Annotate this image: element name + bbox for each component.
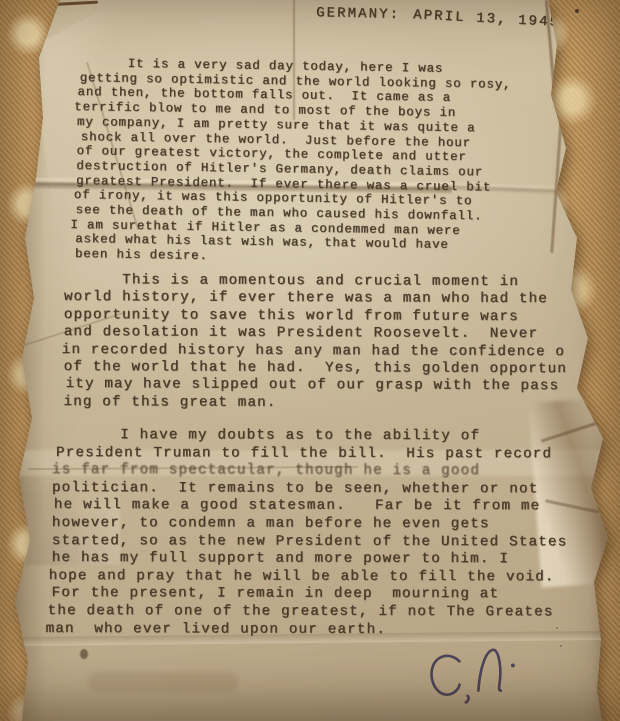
paragraph-1: It is a very sad day today, here I wasge… <box>75 56 512 269</box>
typed-line: he has my full support and more power to… <box>52 550 568 569</box>
faint-smudge <box>88 672 238 692</box>
signature: C.A. <box>420 634 544 719</box>
dateline-location: GERMANY: <box>316 5 400 23</box>
paper-speck <box>560 645 562 647</box>
typed-line: I have my doubts as to the ability of <box>52 427 568 446</box>
typed-line: in recorded history has any man had the … <box>62 342 567 362</box>
typed-line: world history, if ever there was a man w… <box>64 289 567 309</box>
letter-paper: GERMANY: APRIL 13, 1945 It is a very sad… <box>0 0 620 721</box>
typed-line: however, to condemn a man before he even… <box>52 515 568 534</box>
typed-line: ing of this great man. <box>63 394 566 414</box>
paper-edge-shadow-right <box>590 0 620 721</box>
paper-torn-edge <box>550 88 565 253</box>
fabric-speck <box>575 9 579 13</box>
signature-handwriting-icon <box>420 634 544 719</box>
dateline-date: APRIL 13, 1945 <box>413 7 561 31</box>
paragraph-3: I have my doubts as to the ability ofPre… <box>51 427 567 639</box>
typed-line: politician. It remains to be seen, wheth… <box>52 480 568 499</box>
paper-speck <box>556 627 558 629</box>
typed-line: hope and pray that he will be able to fi… <box>49 568 568 587</box>
paragraph-2: This is a momentous and crucial moment i… <box>63 272 567 413</box>
typed-line: For the present, I remain in deep mourni… <box>52 585 568 604</box>
paper-speck <box>28 279 31 282</box>
ink-smudge <box>80 649 88 659</box>
typed-line: and desolation it was President Roosevel… <box>64 324 567 344</box>
typed-line: ity may have slipped out of our grasp wi… <box>65 376 566 396</box>
letter-photograph: GERMANY: APRIL 13, 1945 It is a very sad… <box>0 0 620 721</box>
typed-line: the death of one of the greatest, if not… <box>47 603 567 622</box>
typed-line: man who ever lived upon our earth. <box>45 621 567 640</box>
paper-tear <box>46 1 98 7</box>
typed-line: President Truman to fill the bill. His p… <box>56 445 568 464</box>
typed-line: he will make a good statesman. Far be it… <box>54 497 568 516</box>
paper-shadow: GERMANY: APRIL 13, 1945 It is a very sad… <box>0 0 620 721</box>
typed-line: started, so as the new President of the … <box>52 533 568 552</box>
typed-line: is far from spectacular, though he is a … <box>52 462 568 481</box>
paper-edge-shadow-left <box>0 0 46 721</box>
